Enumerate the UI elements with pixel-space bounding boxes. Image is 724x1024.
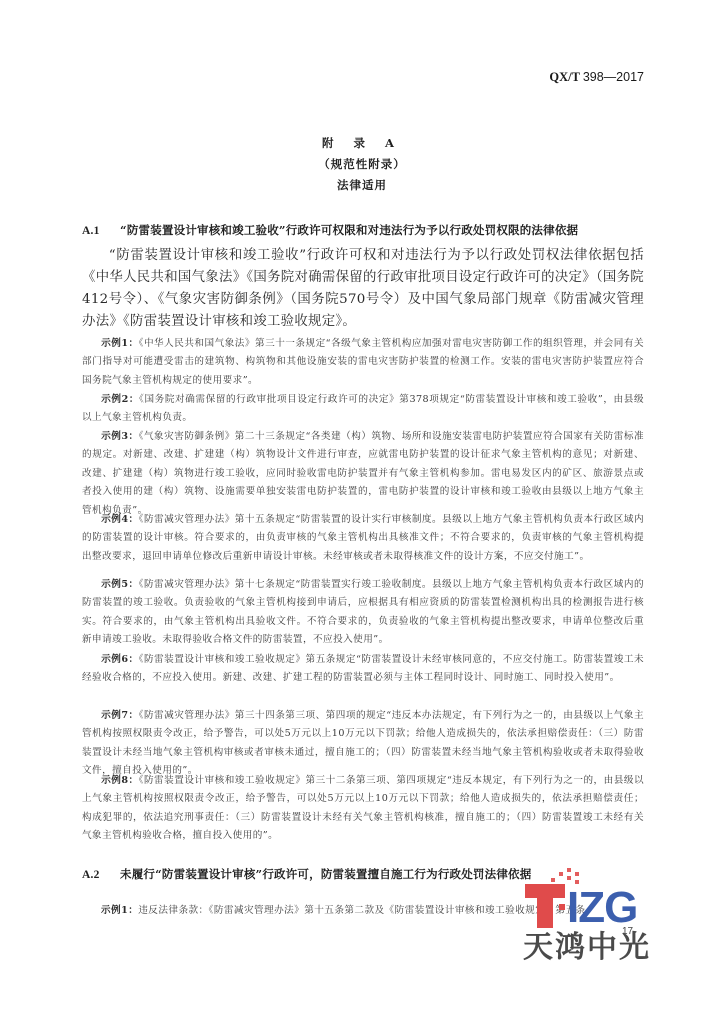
example-text: 《气象灾害防御条例》第二十三条规定“各类建（构）筑物、场所和设施安装雷电防护装置…: [82, 431, 644, 516]
logo-chinese-name: 天鸿中光: [523, 932, 651, 964]
standard-number: 398—2017: [583, 70, 644, 84]
example-text: 《防雷装置设计审核和竣工验收规定》第五条规定“防雷装置设计未经审核同意的，不应交…: [82, 654, 644, 683]
example-text: 《防雷减灾管理办法》第十七条规定“防雷装置实行竣工验收制度。县级以上地方气象主管…: [82, 579, 644, 645]
logo-letters: IZG: [567, 886, 637, 930]
example-1: 示例1：《中华人民共和国气象法》第三十一条规定“各级气象主管机构应加强对雷电灾害…: [82, 335, 644, 390]
section-title-a1: A.1“防雷装置设计审核和竣工验收”行政许可权限和对违法行为予以行政处罚权限的法…: [82, 222, 578, 238]
logo-pixel: [567, 876, 571, 880]
example-2: 示例2：《国务院对确需保留的行政审批项目设定行政许可的决定》第378项规定“防雷…: [82, 391, 644, 428]
example-4: 示例4：《防雷减灾管理办法》第十五条规定“防雷装置的设计实行审核制度。县级以上地…: [82, 511, 644, 566]
example-text: 《防雷减灾管理办法》第三十四条第三项、第四项的规定“违反本办法规定，有下列行为之…: [82, 710, 644, 776]
logo-pixel: [575, 872, 579, 876]
section-number: A.1: [82, 225, 120, 237]
example-text: 《国务院对确需保留的行政审批项目设定行政许可的决定》第378项规定“防雷装置设计…: [82, 394, 644, 423]
example-7: 示例7：《防雷减灾管理办法》第三十四条第三项、第四项的规定“违反本办法规定，有下…: [82, 707, 644, 781]
example-label: 示例8：: [101, 775, 138, 786]
example-5: 示例5：《防雷减灾管理办法》第十七条规定“防雷装置实行竣工验收制度。县级以上地方…: [82, 576, 644, 650]
annex-heading: 附 录 A （规范性附录） 法律适用: [0, 133, 724, 196]
example-label: 示例1：: [101, 905, 138, 916]
standard-prefix: QX/T: [549, 70, 579, 84]
example-label: 示例3：: [101, 431, 138, 442]
example-label: 示例7：: [101, 710, 138, 721]
example-label: 示例4：: [101, 514, 138, 525]
example-label: 示例5：: [101, 579, 138, 590]
annex-type: （规范性附录）: [0, 154, 724, 175]
logo-pixel: [551, 878, 555, 882]
intro-paragraph: “防雷装置设计审核和竣工验收”行政许可权和对违法行为予以行政处罚权法律依据包括《…: [82, 245, 644, 333]
standard-code: QX/T 398—2017: [549, 70, 644, 85]
example-8: 示例8：《防雷装置设计审核和竣工验收规定》第三十二条第三项、第四项规定“违反本规…: [82, 772, 644, 846]
annex-name: 法律适用: [0, 175, 724, 196]
section-number: A.2: [82, 869, 120, 881]
annex-title: 附 录 A: [0, 133, 724, 154]
logo-pixel: [559, 872, 563, 876]
example-3: 示例3：《气象灾害防御条例》第二十三条规定“各类建（构）筑物、场所和设施安装雷电…: [82, 428, 644, 520]
logo-dot: [559, 904, 565, 910]
example-text: 《防雷减灾管理办法》第十五条规定“防雷装置的设计实行审核制度。县级以上地方气象主…: [82, 514, 644, 562]
example-6: 示例6：《防雷装置设计审核和竣工验收规定》第五条规定“防雷装置设计未经审核同意的…: [82, 651, 644, 688]
example-text: 《防雷装置设计审核和竣工验收规定》第三十二条第三项、第四项规定“违反本规定，有下…: [82, 775, 644, 841]
example-label: 示例1：: [101, 338, 138, 349]
intro-text: “防雷装置设计审核和竣工验收”行政许可权和对违法行为予以行政处罚权法律依据包括《…: [82, 248, 644, 329]
watermark-logo: IZG 天鸿中光: [515, 866, 670, 966]
example-text: 《中华人民共和国气象法》第三十一条规定“各级气象主管机构应加强对雷电灾害防御工作…: [82, 338, 644, 386]
logo-t-stem: [537, 884, 553, 928]
section-heading: 未履行“防雷装置设计审核”行政许可，防雷装置擅自施工行为行政处罚法律依据: [120, 867, 531, 881]
section-title-a2: A.2未履行“防雷装置设计审核”行政许可，防雷装置擅自施工行为行政处罚法律依据: [82, 866, 531, 882]
section-heading: “防雷装置设计审核和竣工验收”行政许可权限和对违法行为予以行政处罚权限的法律依据: [120, 223, 578, 237]
example-label: 示例6：: [101, 654, 138, 665]
logo-pixel: [567, 868, 571, 872]
example-label: 示例2：: [101, 394, 139, 405]
